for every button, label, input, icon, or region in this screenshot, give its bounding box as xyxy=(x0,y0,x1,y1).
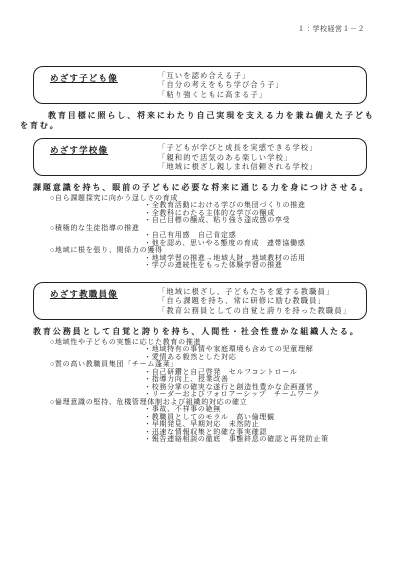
lead-statement: 教育目標に照らし、将来にわたり自己実現を支える力を兼ね備えた子どもを育む。 xyxy=(20,111,380,130)
quote-line: 「地域に根ざし親しまれ信頼される学校」 xyxy=(158,162,318,171)
outline-heading: ○地域に根を張り、関係力の獲得 xyxy=(20,247,380,255)
goal-section: めざす子ども像 「互いを認め合える子」「自分の考えをもち学び合う子」「粘り強くと… xyxy=(20,66,380,130)
goal-section: めざす学校像 「子どもが学びと成長を実感できる学校」「親和的で活気のある楽しい学… xyxy=(20,138,380,270)
goal-box-title: めざす学校像 xyxy=(50,143,158,171)
quote-line: 「親和的で活気のある楽しい学校」 xyxy=(158,153,318,162)
document-page: １：学校経営１－２ めざす子ども像 「互いを認め合える子」「自分の考えをもち学び… xyxy=(0,0,400,565)
goal-section: めざす教職員像 「地域に根ざし、子どもたちを愛する教職員」「自ら課題を持ち、常に… xyxy=(20,282,380,444)
outline-subitem: ・学びの連続性をもった体験学習の推進 xyxy=(20,262,380,270)
goal-quotes: 「互いを認め合える子」「自分の考えをもち学び合う子」「粘り強くともに高まる子」 xyxy=(158,71,284,99)
outline-subitem: ・早期発見、早期対応 未然防止 xyxy=(20,421,380,429)
goal-box-title: めざす子ども像 xyxy=(50,71,158,99)
outline-list: ○自ら課題探究に向かう逞しさの育成・全教育活動における学びの集団づくりの推進・全… xyxy=(20,195,380,270)
goal-quotes: 「地域に根ざし、子どもたちを愛する教職員」「自ら課題を持ち、常に研修に励む教職員… xyxy=(158,287,351,315)
goal-box: めざす子ども像 「互いを認め合える子」「自分の考えをもち学び合う子」「粘り強くと… xyxy=(33,66,367,104)
lead-statement: 教育公務員として自覚と誇りを持ち、人間性・社会性豊かな組織人たる。 xyxy=(33,327,380,337)
outline-heading: ○質の高い教職員集団「チーム蓬莱」 xyxy=(20,361,380,369)
quote-line: 「互いを認め合える子」 xyxy=(158,71,284,80)
lead-statement: 課題意識を持ち、眼前の子どもに必要な将来に通じる力を身につけさせる。 xyxy=(33,183,380,193)
quote-line: 「教育公務員としての自覚と誇りを持った教職員」 xyxy=(158,306,351,315)
quote-line: 「粘り強くともに高まる子」 xyxy=(158,90,284,99)
outline-subitem: ・全教育活動における学びの集団づくりの推進 xyxy=(20,202,380,210)
document-body: めざす子ども像 「互いを認め合える子」「自分の考えをもち学び合う子」「粘り強くと… xyxy=(20,66,380,444)
page-number-header: １：学校経営１－２ xyxy=(20,25,380,34)
outline-subitem: ・リーダーおよびフォロアーシップ チームワーク xyxy=(20,391,380,399)
quote-line: 「地域に根ざし、子どもたちを愛する教職員」 xyxy=(158,287,351,296)
quote-line: 「自分の考えをもち学び合う子」 xyxy=(158,80,284,89)
outline-subitem: ・報告連絡相談の徹底 事態終息の確認と再発防止策 xyxy=(20,436,380,444)
quote-line: 「子どもが学びと成長を実感できる学校」 xyxy=(158,143,318,152)
quote-line: 「自ら課題を持ち、常に研修に励む教職員」 xyxy=(158,296,351,305)
goal-quotes: 「子どもが学びと成長を実感できる学校」「親和的で活気のある楽しい学校」「地域に根… xyxy=(158,143,318,171)
outline-subitem: ・自己目標の醸成、粘り強さ達成感の享受 xyxy=(20,217,380,225)
outline-subitem: ・事故、不祥事の絶無 xyxy=(20,406,380,414)
goal-box-title: めざす教職員像 xyxy=(50,287,158,315)
outline-subitem: ・地域特有の事情や家庭環境も含めての児童理解 xyxy=(20,346,380,354)
goal-box: めざす学校像 「子どもが学びと成長を実感できる学校」「親和的で活気のある楽しい学… xyxy=(33,138,367,176)
outline-subitem: ・自己有用感 自己肯定感 xyxy=(20,232,380,240)
outline-list: ○地域性や子どもの実態に応じた教育の推進・地域特有の事情や家庭環境も含めての児童… xyxy=(20,339,380,444)
goal-box: めざす教職員像 「地域に根ざし、子どもたちを愛する教職員」「自ら課題を持ち、常に… xyxy=(33,282,367,320)
outline-subitem: ・指導力向上、授業改善 xyxy=(20,376,380,384)
